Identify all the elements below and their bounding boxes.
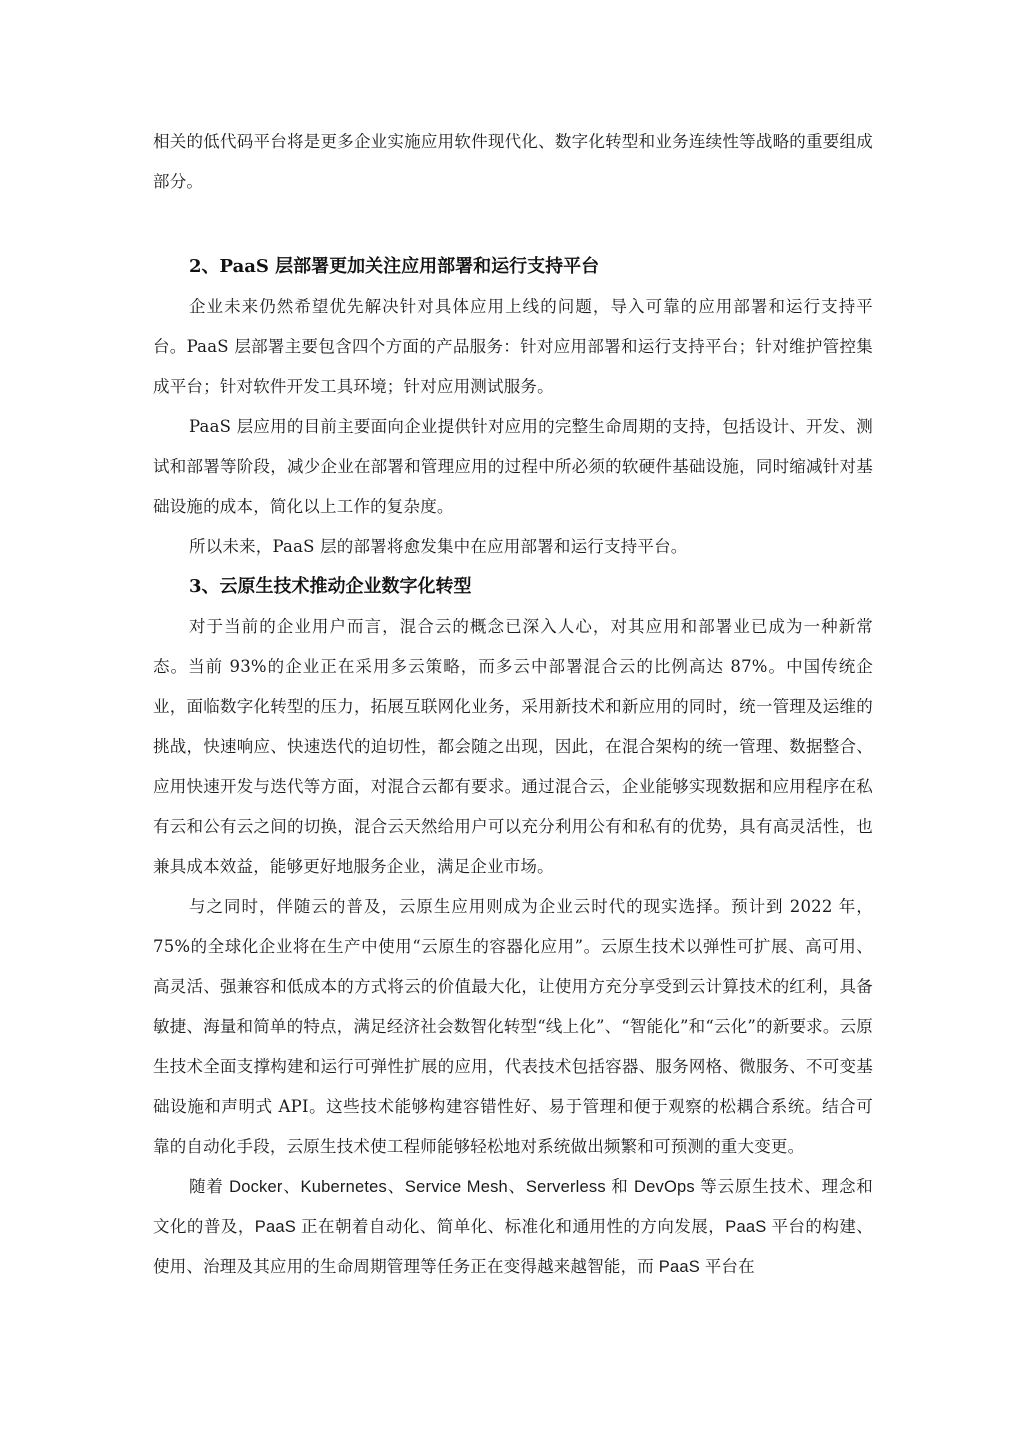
section-heading-3: 3、云原生技术推动企业数字化转型	[153, 567, 873, 607]
paragraph-3-3: 随着 Docker、Kubernetes、Service Mesh、Server…	[153, 1167, 873, 1287]
section-heading-2: 2、PaaS 层部署更加关注应用部署和运行支持平台	[153, 247, 873, 287]
paragraph-intro-tail: 相关的低代码平台将是更多企业实施应用软件现代化、数字化转型和业务连续性等战略的重…	[153, 122, 873, 202]
paragraph-2-3: 所以未来，PaaS 层的部署将愈发集中在应用部署和运行支持平台。	[153, 527, 873, 567]
paragraph-2-1: 企业未来仍然希望优先解决针对具体应用上线的问题，导入可靠的应用部署和运行支持平台…	[153, 287, 873, 407]
paragraph-3-1: 对于当前的企业用户而言，混合云的概念已深入人心，对其应用和部署业已成为一种新常态…	[153, 607, 873, 887]
paragraph-3-2: 与之同时，伴随云的普及，云原生应用则成为企业云时代的现实选择。预计到 2022 …	[153, 887, 873, 1167]
document-page: 相关的低代码平台将是更多企业实施应用软件现代化、数字化转型和业务连续性等战略的重…	[153, 122, 873, 1287]
paragraph-2-2: PaaS 层应用的目前主要面向企业提供针对应用的完整生命周期的支持，包括设计、开…	[153, 407, 873, 527]
spacer	[153, 202, 873, 247]
